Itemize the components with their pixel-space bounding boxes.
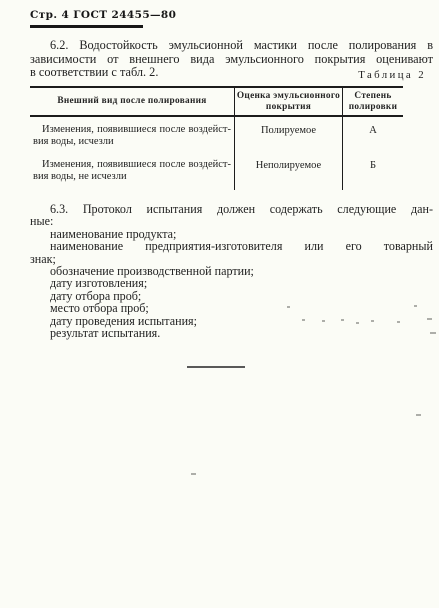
table-cell-coating-rating: Неполируемое bbox=[235, 154, 343, 190]
list-item: дату изготовления; bbox=[30, 277, 433, 289]
scan-speck bbox=[427, 318, 432, 320]
table-caption: Таблица 2 bbox=[30, 69, 426, 81]
page-header-rule bbox=[30, 25, 143, 28]
cell-line: вия воды, исчезли bbox=[33, 136, 231, 148]
paragraph-line: 6.3. Протокол испытания должен содержать… bbox=[30, 203, 433, 215]
paragraph-line: зависимости от внешнего вида эмульсионно… bbox=[30, 53, 433, 67]
cell-line: вия воды, не исчезли bbox=[33, 171, 231, 183]
data-table: Внешний вид после полирования Оценка эму… bbox=[30, 86, 403, 190]
page-header: Стр. 4 ГОСТ 24455—80 bbox=[30, 9, 330, 21]
scanned-gost-page: { "page": { "header": "Стр. 4 ГОСТ 24455… bbox=[0, 0, 439, 608]
list-item: наименование предприятия-изготовителя ил… bbox=[30, 240, 433, 252]
list-item: результат испытания. bbox=[30, 327, 433, 339]
scan-speck bbox=[414, 305, 417, 307]
table-cell-polish-grade: А bbox=[343, 117, 403, 154]
end-divider bbox=[187, 366, 245, 368]
paragraph-6-3: 6.3. Протокол испытания должен содержать… bbox=[30, 203, 433, 339]
paragraph-line: ные: bbox=[30, 215, 433, 227]
cell-line: Изменения, появившиеся после воздейст- bbox=[33, 159, 231, 171]
scan-speck bbox=[191, 473, 196, 475]
header-line: полировки bbox=[343, 102, 403, 113]
scan-speck bbox=[287, 306, 290, 308]
scan-speck bbox=[397, 321, 400, 323]
paragraph-line: 6.2. Водостойкость эмульсионной мастики … bbox=[30, 39, 433, 53]
scan-speck bbox=[302, 319, 305, 321]
table-cell-coating-rating: Полируемое bbox=[235, 117, 343, 154]
scan-speck bbox=[322, 320, 325, 322]
scan-speck bbox=[430, 332, 436, 334]
table-header-appearance: Внешний вид после полирования bbox=[30, 88, 235, 117]
table-header-coating-rating: Оценка эмульсионного покрытия bbox=[235, 88, 343, 117]
list-item: место отбора проб; bbox=[30, 302, 433, 314]
header-line: Внешний вид после полирования bbox=[30, 96, 234, 107]
cell-line: Изменения, появившиеся после воздейст- bbox=[33, 124, 231, 136]
scan-speck bbox=[356, 322, 359, 324]
table-cell-appearance: Изменения, появившиеся после воздейст- в… bbox=[30, 154, 235, 190]
header-line: Степень bbox=[343, 91, 403, 102]
table-cell-appearance: Изменения, появившиеся после воздейст- в… bbox=[30, 117, 235, 154]
scan-speck bbox=[416, 414, 421, 416]
header-line: Оценка эмульсионного bbox=[235, 91, 342, 102]
scan-speck bbox=[341, 319, 344, 321]
scan-speck bbox=[371, 320, 374, 322]
header-line: покрытия bbox=[235, 102, 342, 113]
table-header-polish-grade: Степень полировки bbox=[343, 88, 403, 117]
table-cell-polish-grade: Б bbox=[343, 154, 403, 190]
